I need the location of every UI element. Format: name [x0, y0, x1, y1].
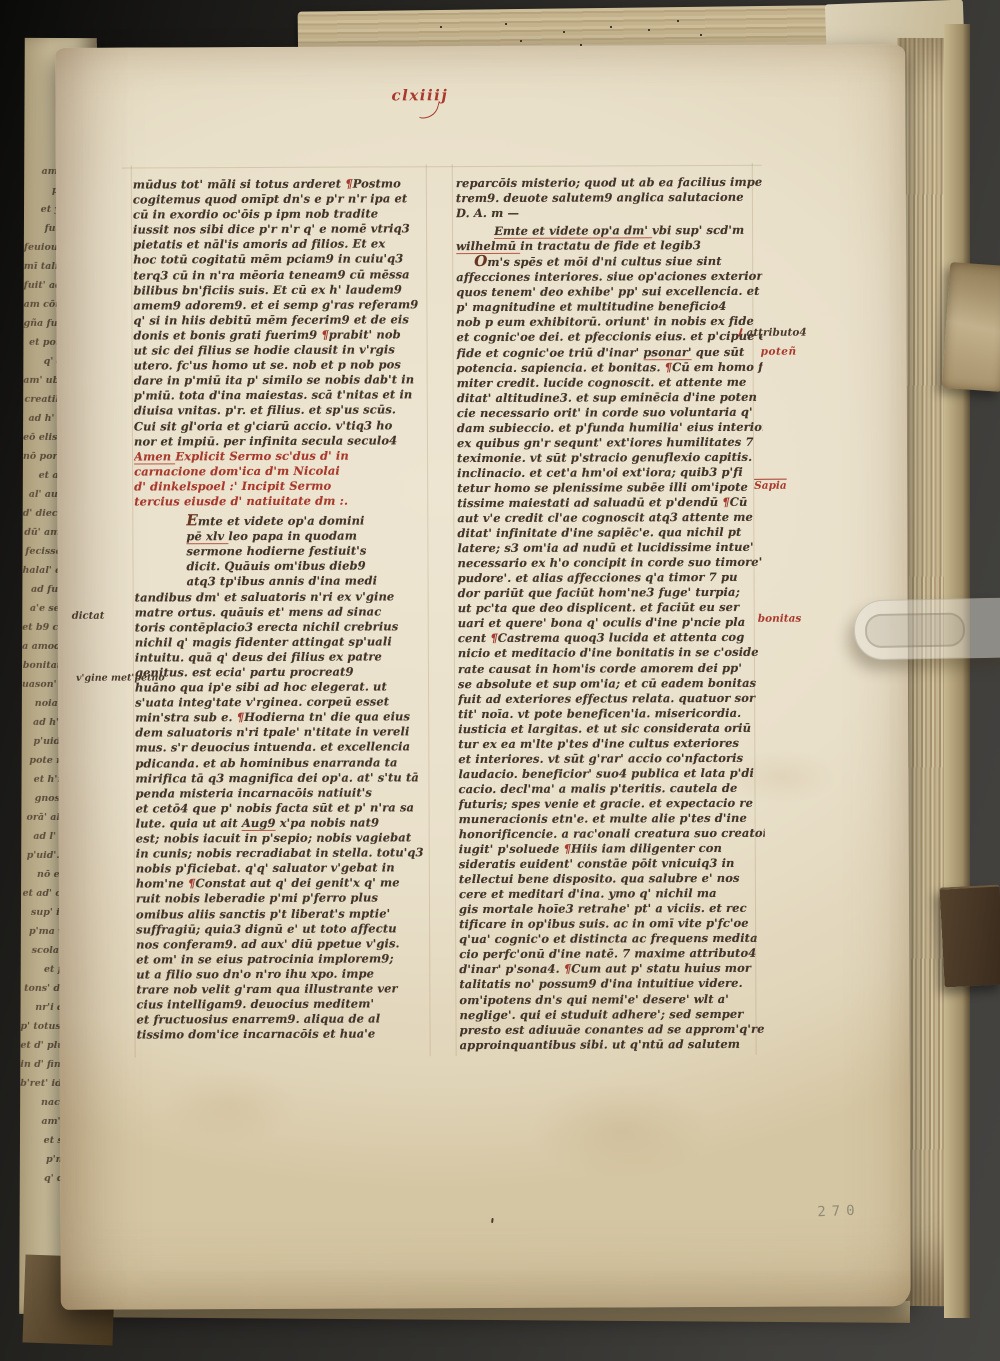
text-line: cere et meditari d'ina. ymo q' nichil ma: [459, 886, 765, 902]
text-line: huāno qua ip'e sibi ad hoc elegerat. ut: [135, 679, 435, 695]
text-line: nobis p'ficiebat. q'q' saluator v'gebat …: [136, 860, 436, 876]
page-leaf: clxiiij mūdus tot' māli si totus arderet…: [55, 44, 910, 1310]
text-line: et cetō4 que p' nobis facta sūt et p' n'…: [136, 800, 436, 816]
text-line: cū in exordio oc'ōis p ipm nob tradite: [133, 206, 433, 222]
text-line: Emte et videte op'a domini: [134, 512, 434, 529]
text-line: Cui sit gl'oria et g'ciarū accio. v'tiq3…: [134, 418, 434, 434]
text-line: est; nobis iacuit in p'sepio; nobis vagi…: [136, 830, 436, 846]
text-line: mūdus tot' māli si totus arderet ¶Postmo: [133, 176, 433, 192]
text-line: sermone hodierne festiuit's: [134, 543, 434, 559]
text-line: pietatis et nāl'is amoris ad filios. Et …: [133, 237, 433, 253]
page-number-stamp: 270: [817, 1203, 861, 1221]
text-line: fuit ad exteriores effectus relata. quat…: [458, 690, 764, 706]
text-line: tificare in op'ibus suis. ac in omī vite…: [459, 916, 765, 932]
text-line: et fructuosius enarrem9. aliqua de al: [136, 1011, 436, 1027]
manuscript-photo: amō wllop're b9et yma d'fuid9 nōfeuioue …: [0, 0, 1000, 1361]
text-line: muneracionis etn'e. et multe alie p'tes …: [459, 811, 765, 827]
text-line: trare nob velit g'ram qua illustrante ve…: [136, 981, 436, 997]
text-column-right: reparcōis misterio; quod ut ab ea facili…: [456, 175, 766, 1078]
text-line: neglige'. qui ei studuit adhere'; sed se…: [459, 1006, 765, 1022]
text-line: laudacio. beneficior' suo4 publica et la…: [458, 766, 764, 782]
text-line: ruit nobis leberadie p'mi p'ferro plus: [136, 891, 436, 907]
text-line: Emte et videte op'a dm' vbi sup' scd'm: [456, 223, 762, 239]
text-line: miter credit. lucide cognoscit. et atten…: [457, 374, 763, 390]
text-line: d' dinkelspoel :' Incipit Sermo: [134, 478, 434, 494]
margin-note-sapiencia: Sapia: [754, 480, 787, 492]
text-line: tetur homo se plenissime subēe illi om'i…: [457, 480, 763, 496]
ruling-line: [122, 165, 762, 169]
text-line: penda misteria incarnacōis natiuit's: [135, 785, 435, 801]
margin-note-dictat: dictat: [72, 611, 105, 623]
text-line: honorificencie. a rac'onali creatura suo…: [459, 826, 765, 842]
text-line: atq3 tp'ibus annis d'ina medi: [135, 574, 435, 590]
folio-number: clxiiij: [391, 86, 448, 104]
text-line: toris contēplacio3 erecta nichil crebriu…: [135, 619, 435, 635]
text-line: suffragiū; quia3 dignū e' ut toto affect…: [136, 921, 436, 937]
text-line: donis et bonis grati fuerim9 ¶prabit' no…: [133, 327, 433, 343]
text-line: approinquantibus sibi. ut q'ntū ad salut…: [460, 1036, 766, 1052]
text-line: cacio. decl'ma' a malis p'teritis. caute…: [458, 781, 764, 797]
text-line: tissime maiestati ad saluadū et p'dendū …: [457, 495, 763, 511]
text-line: et interiores. vt sūt g'rar' accio co'nf…: [458, 751, 764, 767]
text-line: diuisa vnitas. p'r. et filius. et sp'us …: [134, 403, 434, 419]
text-line: dam subieccio. et p'funda humilia' eius …: [457, 420, 763, 436]
leather-clasp-lower: [939, 884, 1000, 987]
plastic-tab-loop: [865, 612, 966, 648]
text-line: affecciones interiores. siue op'aciones …: [456, 269, 762, 285]
text-line: cius intelligam9. deuocius meditem': [136, 996, 436, 1012]
leather-strap-upper: [942, 262, 1000, 392]
text-line: intuitu. quā q' deus dei filius ex patre: [135, 649, 435, 665]
text-line: talitatis no' possum9 d'ina intuitiue vi…: [459, 976, 765, 992]
text-line: nicio et meditacio d'ine bonitatis in se…: [458, 645, 764, 661]
text-line: s'uata integ'tate v'rginea. corpeū esset: [135, 694, 435, 710]
text-line: terq3 cū in n'ra mēoria teneam9 cū mēssa: [133, 267, 433, 283]
text-line: pē xlv leo papa in quodam: [134, 528, 434, 544]
text-line: et cognic'oe dei. et pfeccionis eius. et…: [456, 329, 762, 345]
text-line: gis mortale hoīe3 retrahe' pt' a viciis.…: [459, 901, 765, 917]
text-line: tissimo dom'ice incarnacōis et hua'e: [137, 1026, 437, 1042]
text-line: teximonie. vt sūt p'stracio genuflexio c…: [457, 450, 763, 466]
text-line: lute. quia ut ait Aug9 x'pa nobis nat9: [136, 815, 436, 831]
text-line: in cunis; nobis recradiabat in stella. t…: [136, 845, 436, 861]
text-line: omibus aliis sanctis p't liberat's mptie…: [136, 906, 436, 922]
ink-mark: [491, 1218, 494, 1223]
margin-note-attributorum: attributo4: [746, 327, 806, 339]
text-line: iugit' p'soluede ¶Hiis iam diligenter co…: [459, 841, 765, 857]
text-line: cogitemus quod omīpt dn's e p'r n'r ipa …: [133, 191, 433, 207]
text-line: mus. s'r deuocius intuenda. et excellenc…: [135, 740, 435, 756]
text-line: presto est adiuuāe conantes ad se approm…: [460, 1021, 766, 1037]
text-line: p'miū. tota d'ina maiestas. scā t'nitas …: [134, 388, 434, 404]
text-line: dem saluatoris n'ri tpale' n'titate in v…: [135, 725, 435, 741]
plastic-tab: [853, 598, 1000, 661]
text-line: necessario ex h'o concipit in corde suo …: [457, 555, 763, 571]
text-line: bilibus bn'ficiis suis. Et cū ex h' laud…: [133, 282, 433, 298]
text-line: et om' in se eius patrocinia implorem9;: [136, 951, 436, 967]
margin-note-virgine: v'gine met'petno: [76, 672, 165, 684]
text-line: iussit nos sibi dice p'r n'r q' e nomē v…: [133, 221, 433, 237]
text-line: nob p eum exhibitorū. oriunt' in nobis e…: [456, 314, 762, 330]
text-line: hoc totū cogitatū mēm pciam9 in cuiu'q3: [133, 252, 433, 268]
text-line: tandibus dm' et saluatoris n'ri ex v'gin…: [135, 589, 435, 605]
text-line: dor pariūt que faciūt hom'ne3 fuge' turp…: [458, 585, 764, 601]
text-line: tur ex ea m'lte p'tes d'ine cultus exter…: [458, 736, 764, 752]
text-line: D. A. m —: [456, 205, 762, 221]
text-line: p' magnitudine et multitudine beneficio4: [456, 299, 762, 315]
text-line: iusticia et largitas. et ut sic consider…: [458, 720, 764, 736]
text-line: trem9. deuote salutem9 anglica salutacio…: [456, 190, 762, 206]
text-line: nor et impiū. per infinita secula seculo…: [134, 433, 434, 449]
text-line: matre ortus. quāuis et' mens ad sinac: [135, 604, 435, 620]
text-line: cent ¶Castrema quoq3 lucida et attenta c…: [458, 630, 764, 646]
text-line: hom'ne ¶Constat aut q' dei genit'x q' me: [136, 876, 436, 892]
dust-specks: [440, 26, 442, 28]
text-line: ditat' infinitate d'ine sapiēc'e. qua ni…: [457, 525, 763, 541]
text-line: ex quibus gn'r sequnt' ext'iores humilit…: [457, 435, 763, 451]
text-line: wilhelmū in tractatu de fide et legib3: [456, 238, 762, 254]
text-line: Om's spēs et mōi d'ni cultus siue sint: [456, 253, 762, 270]
text-line: tellectui bene disposito. qua salubre e'…: [459, 871, 765, 887]
text-line: amem9 adorem9. et ei semp g'ras referam9: [133, 297, 433, 313]
text-line: ut a filio suo dn'o n'ro ihu xpo. impe: [136, 966, 436, 982]
text-line: rate causat in hom'is corde amorem dei p…: [458, 660, 764, 676]
text-line: utero. fc'us homo ut se. nob et p nob po…: [134, 357, 434, 373]
margin-note-bonitas: bonitas: [758, 613, 802, 625]
text-line: tit' noīa. vt pote beneficen'ia. miseric…: [458, 705, 764, 721]
text-line: aut v'e credit cl'ae cognoscit atq3 atte…: [457, 510, 763, 526]
text-line: futuris; spes venie et gracie. et expect…: [459, 796, 765, 812]
text-line: cie necessario orit' in corde suo volunt…: [457, 404, 763, 420]
text-line: nichil q' magis fidenter attingat sp'ual…: [135, 634, 435, 650]
text-line: dicit. Quāuis om'ibus dieb9: [134, 559, 434, 575]
text-line: nos conferam9. ad aux' diū ppetue v'gis.: [136, 936, 436, 952]
text-line: fide et cognic'oe triū d'inar' psonar' q…: [457, 344, 763, 360]
cover-board-edge: [944, 24, 970, 1318]
text-line: om'ipotens dn's qui nemi'e' desere' wlt …: [459, 991, 765, 1007]
text-line: sideratis euident' constāe pōit vnicuiq3…: [459, 856, 765, 872]
text-line: latere; s3 om'ia ad nudū et lucidissime …: [457, 540, 763, 556]
margin-note-potencia: poteñ: [761, 346, 797, 358]
text-line: d'inar' p'sona4. ¶Cum aut p' statu huius…: [459, 961, 765, 977]
text-line: pudore'. et alias affecciones q'a timor …: [458, 570, 764, 586]
text-line: quos tenem' deo exhibe' pp' sui excellen…: [456, 284, 762, 300]
text-line: pdicanda. et ab hominibus enarranda ta: [135, 755, 435, 771]
text-line: min'stra sub e. ¶Hodierna tn' die qua ei…: [135, 709, 435, 725]
text-column-left: mūdus tot' māli si totus arderet ¶Postmo…: [133, 176, 437, 1077]
text-line: tercius eiusde d' natiuitate dm :.: [134, 493, 434, 509]
text-line: genitus. est ecia' partu procreat9: [135, 664, 435, 680]
text-line: se absolute et sup om'ia; et cū eadem bo…: [458, 675, 764, 691]
text-line: dare in p'miū ita p' similo se nobis dab…: [134, 372, 434, 388]
text-line: ut pc'ta que deo displicent. et faciūt e…: [458, 600, 764, 616]
text-line: inclinacio. et cet'a hm'oi ext'iora; qui…: [457, 465, 763, 481]
text-line: reparcōis misterio; quod ut ab ea facili…: [456, 175, 762, 191]
text-line: q' si in hiis debitū mēm fecerim9 et de …: [133, 312, 433, 328]
text-line: mirifica tā q3 magnifica dei op'a. at' s…: [135, 770, 435, 786]
text-line: potencia. sapiencia. et bonitas. ¶Cū em …: [457, 359, 763, 375]
text-line: carnacione dom'ica d'm Nicolai: [134, 463, 434, 479]
text-line: ut sic dei filius se hodie clausit in v'…: [134, 342, 434, 358]
text-line: Amen Explicit Sermo sc'dus d' in: [134, 448, 434, 464]
text-line: uari et quere' bona q' oculis d'ine p'nc…: [458, 615, 764, 631]
text-line: ditat' altitudine3. et sup eminēcia d'in…: [457, 389, 763, 405]
text-line: cio perfc'onū d'ine natē. 7 maxime attri…: [459, 946, 765, 962]
text-line: q'ua' cognic'o et distincta ac frequens …: [459, 931, 765, 947]
